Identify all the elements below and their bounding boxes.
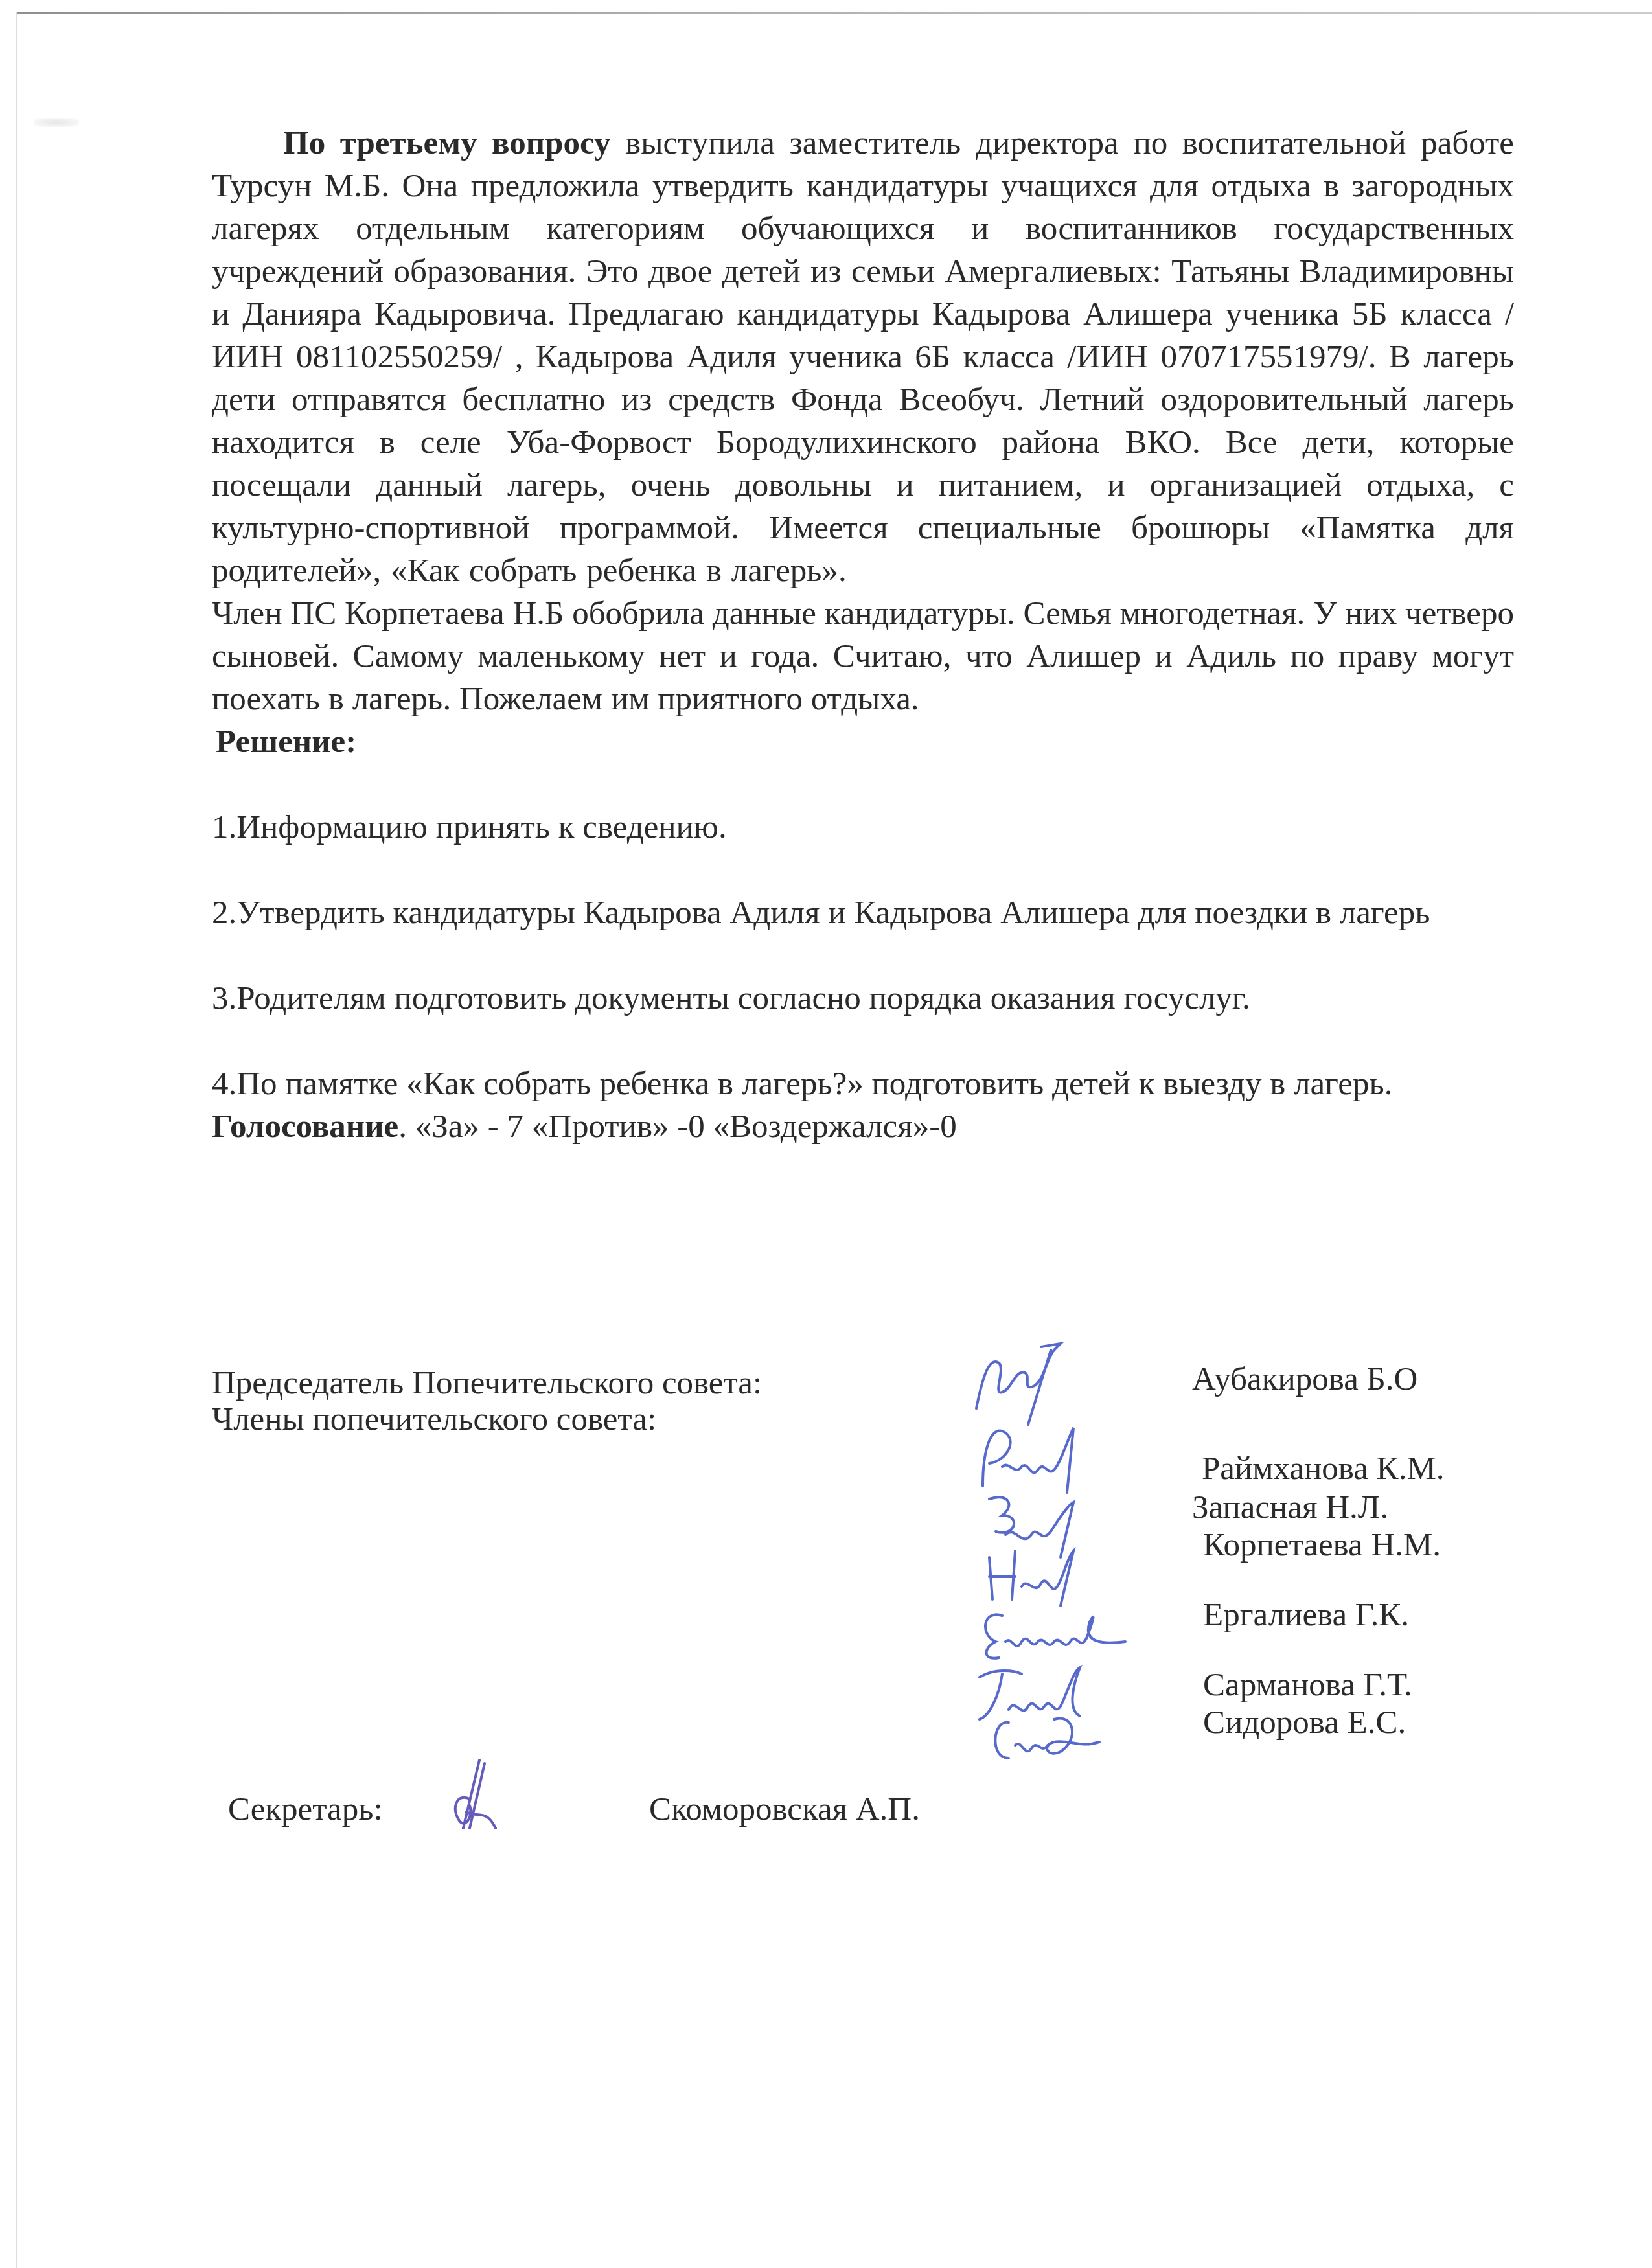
member-name-1: Раймханова К.М. [1202,1449,1444,1489]
decision-item-2: 2.Утвердить кандидатуры Кадырова Адиля и… [212,891,1514,934]
secretary-role: Секретарь: [228,1789,383,1829]
member-name-5: Сарманова Г.Т. [1203,1665,1412,1705]
member-name-4: Ергалиева Г.К. [1203,1595,1409,1635]
decision-item-4: 4.По памятке «Как собрать ребенка в лаге… [212,1062,1514,1105]
secretary-name: Скоморовская А.П. [649,1789,920,1829]
decision-item-1: 1.Информацию принять к сведению. [212,806,1514,849]
spacer [212,763,1514,806]
voting-label: Голосование [212,1108,398,1145]
spacer [212,849,1514,891]
chair-role: Председатель Попечительского совета: [212,1363,762,1403]
members-role: Члены попечительского совета: [212,1399,656,1439]
chair-signature [963,1331,1080,1428]
voting-line: Голосование. «За» - 7 «Против» -0 «Возде… [212,1105,1514,1148]
member-name-3: Корпетаева Н.М. [1203,1525,1441,1565]
scan-artifact [34,118,79,127]
member-signature-6 [983,1706,1106,1771]
document-body: По третьему вопросу выступила заместител… [212,122,1514,1148]
intro-lead: По третьему вопросу [283,125,610,161]
spacer [212,1020,1514,1062]
scan-page-edge-left [16,12,17,2268]
secretary-signature [441,1757,512,1835]
intro-text: выступила заместитель директора по воспи… [212,125,1514,589]
decision-item-3: 3.Родителям подготовить документы соглас… [212,977,1514,1020]
voting-result: . «За» - 7 «Против» -0 «Воздержался»-0 [398,1108,956,1145]
member-name-2: Запасная Н.Л. [1192,1487,1388,1528]
member-comment: Член ПС Корпетаева Н.Б обобрила данные к… [212,592,1514,720]
spacer [212,934,1514,977]
member-signature-4 [970,1596,1132,1667]
scan-page-edge-top [16,12,1652,14]
chair-name: Аубакирова Б.О [1192,1359,1417,1399]
decision-heading: Решение: [212,720,1514,763]
intro-paragraph: По третьему вопросу выступила заместител… [212,122,1514,592]
member-name-6: Сидорова Е.С. [1203,1702,1406,1743]
